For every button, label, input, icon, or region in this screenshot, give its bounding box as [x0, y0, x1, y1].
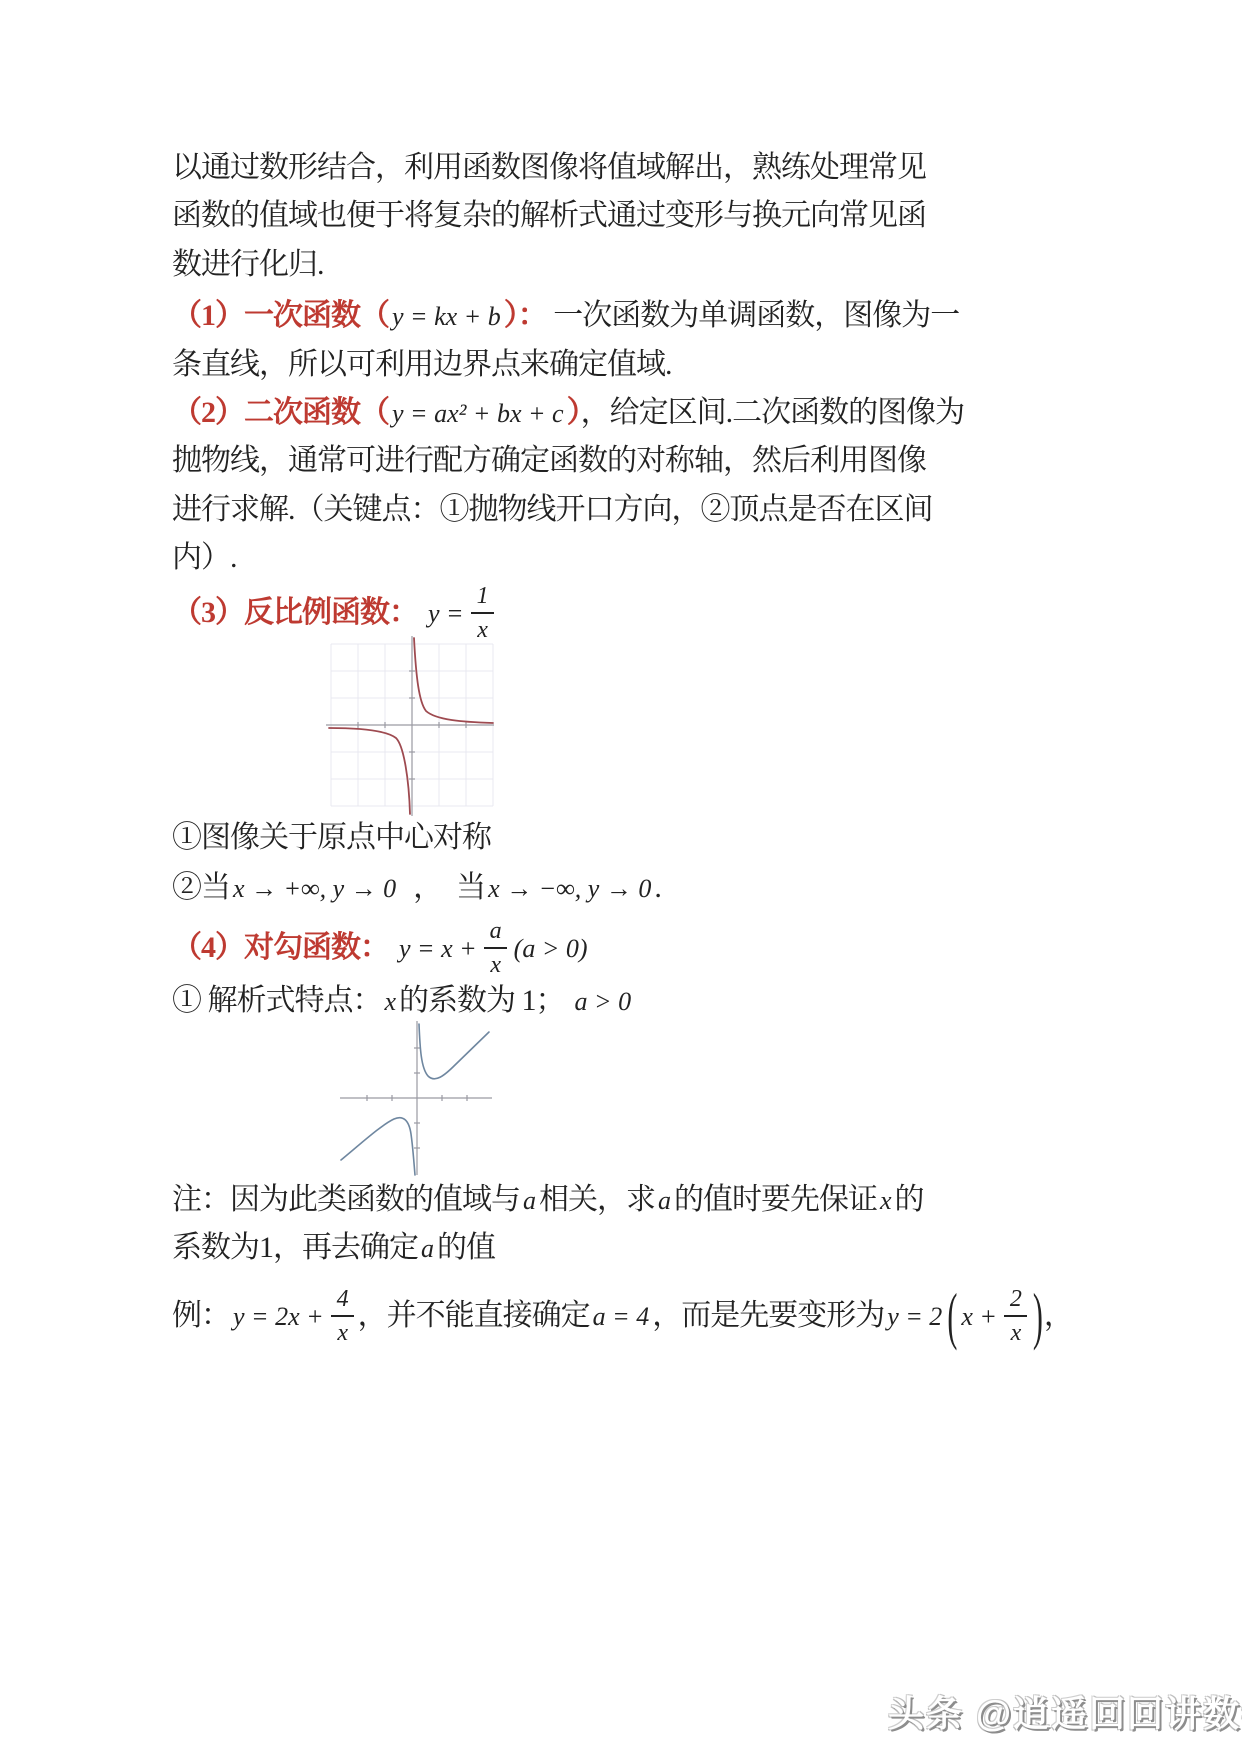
sec2-text-line-3: 进行求解.（关键点：①抛物线开口方向，②顶点是否在区间 [172, 490, 933, 530]
sec4-fraction: ax [484, 917, 507, 977]
intro-line-1: 以通过数形结合，利用函数图像将值域解出，熟练处理常见 [172, 148, 926, 188]
sec2-text: ，给定区间.二次函数的图像为 [581, 396, 965, 429]
fraction-numerator: 4 [331, 1285, 354, 1317]
sec2-heading: （2）二次函数（ [172, 396, 389, 429]
feature-var-x: x [382, 987, 400, 1016]
note1-var-x: x [877, 1186, 895, 1215]
example-open: 例： [172, 1299, 230, 1332]
example-eq: a = 4 [590, 1302, 653, 1331]
sec2-text-line-2: 抛物线，通常可进行配方确定函数的对称轴，然后利用图像 [172, 441, 926, 481]
example-close-comma: ， [1044, 1299, 1073, 1332]
intro-line-2: 函数的值域也便于将复杂的解析式通过变形与换元向常见函 [172, 196, 926, 236]
note2b-var-a: a [418, 1234, 437, 1263]
example-formula-2: y = 2 [884, 1302, 945, 1331]
note2-limit-1: x → +∞, y → 0 [230, 874, 399, 903]
sec4-condition: (a > 0) [511, 934, 591, 963]
note2-mid: 当 [456, 871, 485, 904]
note1-end: 的 [895, 1183, 924, 1216]
note2-limit-2: x → −∞, y → 0 [485, 874, 654, 903]
note2-period: . [654, 871, 661, 904]
sec1-text: 一次函数为单调函数，图像为一 [547, 299, 960, 332]
reciprocal-graph [324, 632, 496, 818]
feature-condition: a > 0 [565, 987, 635, 1016]
hyperbola-curve [329, 638, 493, 814]
example-line: 例：y = 2x +4x，并不能直接确定a = 4，而是先要变形为y = 2(x… [172, 1288, 1073, 1348]
note2-comma: ， [399, 871, 456, 904]
sec1-formula: y = kx + b [389, 302, 504, 331]
intro-line-3: 数进行化归. [172, 245, 324, 285]
sec2-text-line-4: 内）. [172, 538, 237, 578]
big-paren-open: ( [947, 1276, 956, 1360]
example-formula-2-inner: x + [958, 1302, 1000, 1331]
note1-var-a: a [520, 1186, 539, 1215]
example-fraction-2: 2x [1004, 1285, 1027, 1345]
note1-open: 注：因为此类函数的值域与 [172, 1183, 520, 1216]
watermark: 头条 @逍遥回回讲数学 [888, 1686, 1242, 1737]
note2b-open: 系数为1，再去确定 [172, 1231, 418, 1264]
document-page: 以通过数形结合，利用函数图像将值域解出，熟练处理常见 函数的值域也便于将复杂的解… [0, 0, 1242, 1756]
note2-open: ②当 [172, 871, 230, 904]
fraction-numerator: 2 [1004, 1285, 1027, 1317]
sec3-note-1: ①图像关于原点中心对称 [172, 818, 491, 858]
sec2-formula: y = ax² + bx + c [389, 399, 567, 428]
feature-open: ① 解析式特点： [172, 984, 382, 1017]
note1-mid1: 相关，求 [539, 1183, 655, 1216]
example-mid-1: ，并不能直接确定 [358, 1299, 590, 1332]
example-fraction-1: 4x [331, 1285, 354, 1345]
fraction-denominator: x [484, 949, 507, 977]
sec3-note-2: ②当x → +∞, y → 0，当x → −∞, y → 0. [172, 868, 661, 909]
sec4-formula-lhs: y = x + [389, 934, 480, 963]
sec2-heading-close: ） [567, 396, 581, 429]
big-paren-close: ) [1033, 1276, 1042, 1360]
sec1-text-line-2: 条直线，所以可利用边界点来确定值域. [172, 345, 672, 385]
example-mid-2: ，而是先要变形为 [652, 1299, 884, 1332]
example-formula-1: y = 2x + [230, 1302, 327, 1331]
axes [326, 636, 494, 816]
sec3-heading: （3）反比例函数： [172, 596, 418, 629]
sec4-heading: （4）对勾函数： [172, 931, 389, 964]
axes [340, 1021, 492, 1175]
note1-mid2: 的值时要先保证 [674, 1183, 877, 1216]
fraction-numerator: a [484, 917, 507, 949]
note2b-end: 的值 [437, 1231, 495, 1264]
sec3-formula-lhs: y = [418, 599, 467, 628]
sec1-heading: （1）一次函数（ [172, 299, 389, 332]
feature-mid: 的系数为 1； [399, 984, 565, 1017]
note-line-1: 注：因为此类函数的值域与a相关，求a的值时要先保证x的 [172, 1180, 924, 1221]
sec2-heading-line: （2）二次函数（y = ax² + bx + c），给定区间.二次函数的图像为 [172, 393, 964, 434]
fraction-denominator: x [1004, 1317, 1027, 1345]
note1-var-a2: a [655, 1186, 674, 1215]
fraction-denominator: x [331, 1317, 354, 1345]
duigou-graph [337, 1018, 495, 1178]
sec1-heading-close: ）： [504, 299, 547, 332]
sec1-heading-line: （1）一次函数（y = kx + b）： 一次函数为单调函数，图像为一 [172, 296, 959, 337]
sec4-feature-line: ① 解析式特点：x的系数为 1；a > 0 [172, 981, 634, 1022]
sec4-heading-line: （4）对勾函数：y = x +ax(a > 0) [172, 920, 591, 980]
note-line-2: 系数为1，再去确定a的值 [172, 1228, 495, 1269]
fraction-numerator: 1 [471, 582, 494, 614]
